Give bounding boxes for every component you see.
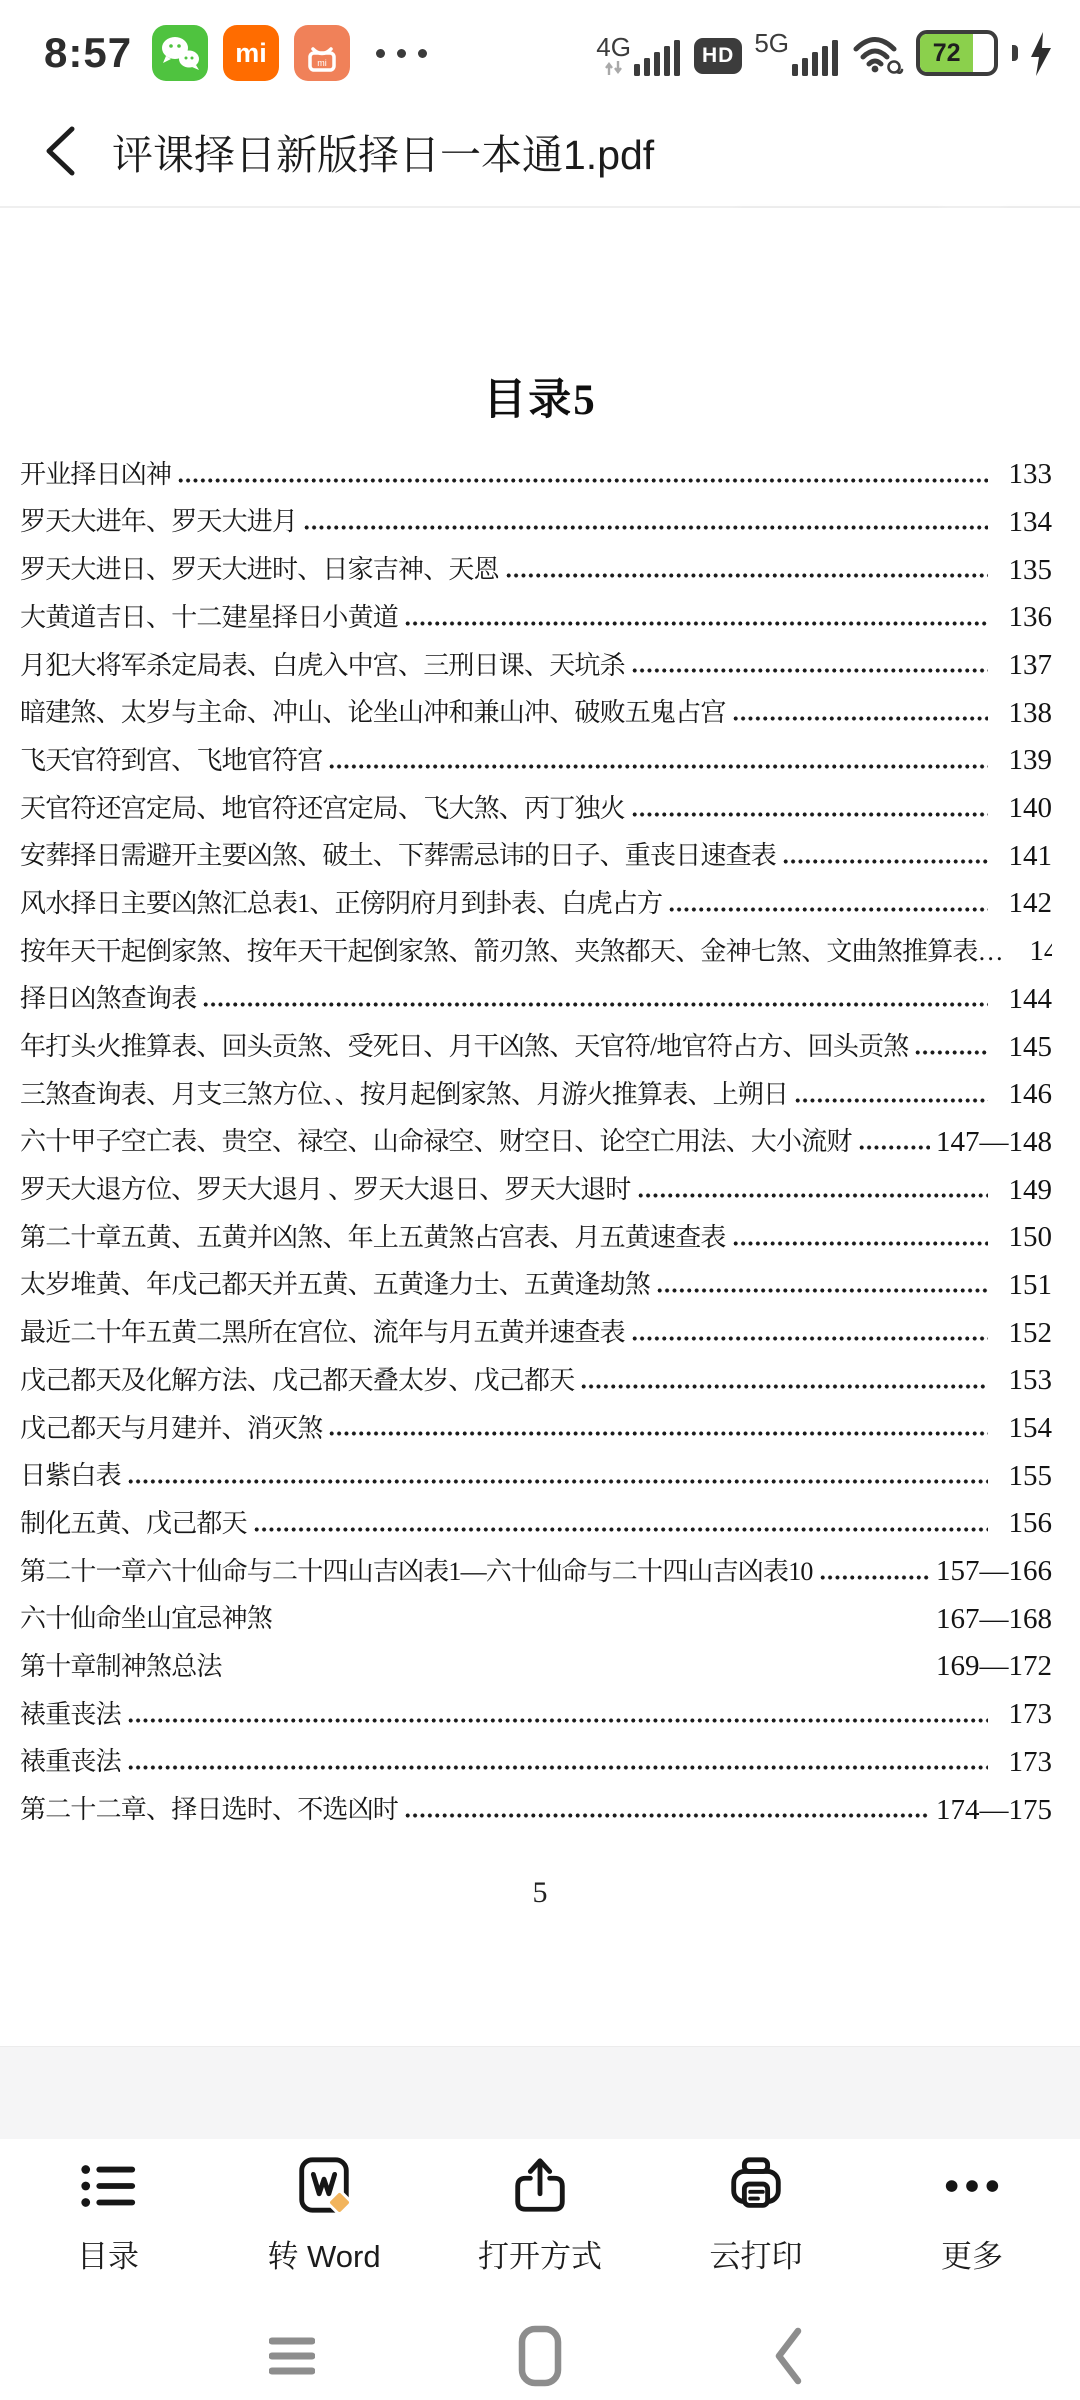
toc-entry-page: 142: [994, 888, 1052, 918]
toc-entry-page: 133: [994, 459, 1052, 489]
toc-entry: 大黄道吉日、十二建星择日小黄道136: [20, 585, 1052, 633]
toc-entry: 择日凶煞查询表144: [20, 967, 1052, 1015]
toc-entry: 第二十二章、择日选时、不选凶时174—175: [20, 1777, 1052, 1825]
list-icon: [77, 2155, 139, 2217]
toc-entry-page: 151: [994, 1270, 1052, 1300]
toc-dot-leader: [819, 1573, 930, 1582]
toc-dot-leader: [505, 571, 988, 580]
toc-entry-page: 156: [994, 1508, 1052, 1538]
toc-dot-leader: [668, 905, 988, 914]
toc-entry-title: 日紫白表: [20, 1461, 121, 1491]
word-doc-icon: [293, 2155, 355, 2217]
toc-entry: 月犯大将军杀定局表、白虎入中宫、三刑日课、天坑杀137: [20, 633, 1052, 681]
toc-entry-title: 三煞查询表、月支三煞方位、、按月起倒家煞、月游火推算表、上朔日: [20, 1080, 788, 1110]
clock: 8:57: [44, 29, 132, 77]
toc-entry: 罗天大退方位、罗天大退月 、罗天大退日、罗天大退时149: [20, 1157, 1052, 1205]
toc-entry-title: 裱重丧法: [20, 1700, 121, 1730]
toolbar-item-convert-word[interactable]: 转 Word: [216, 2139, 432, 2312]
signal-5g: 5G: [754, 30, 840, 76]
toc-dot-leader: [303, 523, 988, 532]
toc-entry: 开业择日凶神133: [20, 442, 1052, 490]
toc-entry-title: 第二十二章、择日选时、不选凶时: [20, 1795, 398, 1825]
toc-dot-leader: [631, 666, 988, 675]
toc-entry-page: 138: [994, 698, 1052, 728]
toc-entry-page: 141: [994, 841, 1052, 871]
toc-entry: 六十仙命坐山宜忌神煞167—168: [20, 1587, 1052, 1635]
phone-screen: 8:57 mi mi: [0, 0, 1080, 2400]
toc-entry-page: 140: [994, 793, 1052, 823]
toc-entry-title: 月犯大将军杀定局表、白虎入中宫、三刑日课、天坑杀: [20, 651, 625, 681]
toc-entry-page: 167—168: [936, 1604, 1052, 1634]
toc-entry-page: 143: [1015, 936, 1052, 966]
toc-dot-leader: [631, 1334, 988, 1343]
toc-list: 开业择日凶神133罗天大进年、罗天大进月134罗天大进日、罗天大进时、日家吉神、…: [20, 442, 1052, 1825]
toc-entry-title: 天官符还宫定局、地官符还宫定局、飞大煞、丙丁独火: [20, 794, 625, 824]
toc-dot-leader: [631, 810, 988, 819]
toc-dot-leader: [278, 1620, 930, 1629]
toolbar-item-open-with[interactable]: 打开方式: [432, 2139, 648, 2312]
toc-entry: 最近二十年五黄二黑所在宫位、流年与月五黄并速查表152: [20, 1300, 1052, 1348]
toc-dot-leader: [656, 1286, 988, 1295]
toc-entry-title: 暗建煞、太岁与主命、冲山、论坐山冲和兼山冲、破败五鬼占宫: [20, 698, 726, 728]
bottom-toolbar: 目录 转 Word 打开方式: [0, 2139, 1080, 2312]
nav-menu-button[interactable]: [268, 2323, 316, 2389]
battery-nub: [1012, 45, 1018, 61]
toc-entry: 日紫白表155: [20, 1443, 1052, 1491]
toc-dot-leader: [328, 762, 988, 771]
toc-entry-page: 147—148: [936, 1127, 1052, 1157]
toc-entry: 裱重丧法173: [20, 1682, 1052, 1730]
toc-entry-title: 罗天大退方位、罗天大退月 、罗天大退日、罗天大退时: [20, 1175, 631, 1205]
toc-entry: 安葬择日需避开主要凶煞、破土、下葬需忌讳的日子、重丧日速查表141: [20, 824, 1052, 872]
toc-entry-page: 173: [994, 1747, 1052, 1777]
toc-dot-leader: [794, 1096, 988, 1105]
toc-dot-leader: [782, 857, 988, 866]
title-bar: 评课择日新版择日一本通1.pdf: [0, 96, 1080, 206]
toc-entry-page: 134: [994, 507, 1052, 537]
toc-entry-title: 罗天大进日、罗天大进时、日家吉神、天恩: [20, 555, 499, 585]
toc-entry: 第二十一章六十仙命与二十四山吉凶表1—六十仙命与二十四山吉凶表10157—166: [20, 1539, 1052, 1587]
page-background-gap: [0, 2046, 1080, 2140]
toc-dot-leader: [328, 1429, 988, 1438]
toc-dot-leader: [127, 1477, 988, 1486]
printer-icon: [725, 2155, 787, 2217]
notification-icons: mi mi: [152, 25, 350, 81]
toc-entry-page: 169—172: [936, 1651, 1052, 1681]
toc-dot-leader: [127, 1763, 988, 1772]
toc-entry-title: 按年天干起倒家煞、按年天干起倒家煞、箭刃煞、夹煞都天、金神七煞、文曲煞推算表…: [20, 937, 1003, 967]
toc-dot-leader: [732, 714, 988, 723]
toc-entry-title: 风水择日主要凶煞汇总表1、正傍阴府月到卦表、白虎占方: [20, 889, 662, 919]
net-5g-label: 5G: [754, 30, 789, 56]
toc-entry-page: 150: [994, 1222, 1052, 1252]
menu-icon: [269, 2333, 315, 2379]
toolbar-label: 云打印: [710, 2231, 803, 2276]
signal-4g: 4G: [596, 34, 682, 76]
toc-dot-leader: [732, 1239, 988, 1248]
toc-entry-page: 139: [994, 745, 1052, 775]
toc-entry: 第二十章五黄、五黄并凶煞、年上五黄煞占宫表、月五黄速查表150: [20, 1205, 1052, 1253]
toc-entry-page: 154: [994, 1413, 1052, 1443]
status-bar: 8:57 mi mi: [0, 0, 1080, 96]
toc-entry: 制化五黄、戊己都天156: [20, 1491, 1052, 1539]
toc-dot-leader: [858, 1143, 930, 1152]
toolbar-item-more[interactable]: 更多: [864, 2139, 1080, 2312]
toc-entry: 六十甲子空亡表、贵空、禄空、山命禄空、财空日、论空亡用法、大小流财147—148: [20, 1110, 1052, 1158]
toc-entry-title: 择日凶煞查询表: [20, 984, 196, 1014]
toc-entry: 太岁堆黄、年戊己都天并五黄、五黄逢力士、五黄逢劫煞151: [20, 1253, 1052, 1301]
toc-entry-title: 戊己都天与月建并、消灭煞: [20, 1414, 322, 1444]
toc-entry: 三煞查询表、月支三煞方位、、按月起倒家煞、月游火推算表、上朔日146: [20, 1062, 1052, 1110]
toc-dot-leader: [404, 1811, 930, 1820]
toc-entry-page: 149: [994, 1175, 1052, 1205]
hd-badge: HD: [694, 38, 742, 74]
toolbar-label: 转 Word: [267, 2231, 380, 2276]
mi-icon: mi: [223, 25, 279, 81]
system-navbar: [0, 2312, 1080, 2400]
toc-dot-leader: [202, 1000, 988, 1009]
back-button[interactable]: [38, 123, 82, 179]
pdf-page-canvas[interactable]: 目录5 开业择日凶神133罗天大进年、罗天大进月134罗天大进日、罗天大进时、日…: [0, 208, 1080, 2046]
toc-entry-title: 太岁堆黄、年戊己都天并五黄、五黄逢力士、五黄逢劫煞: [20, 1270, 650, 1300]
charging-bolt-icon: [1030, 32, 1052, 76]
toc-entry-title: 第二十一章六十仙命与二十四山吉凶表1—六十仙命与二十四山吉凶表10: [20, 1557, 813, 1587]
document-title: 评课择日新版择日一本通1.pdf: [112, 122, 654, 181]
toc-entry-page: 153: [994, 1365, 1052, 1395]
toc-entry-page: 144: [994, 984, 1052, 1014]
toolbar-item-cloud-print[interactable]: 云打印: [648, 2139, 864, 2312]
toc-entry-title: 年打头火推算表、回头贡煞、受死日、月干凶煞、天官符/地官符占方、回头贡煞: [20, 1032, 908, 1062]
toc-dot-leader: [228, 1668, 930, 1677]
toc-entry-title: 开业择日凶神: [20, 460, 171, 490]
toc-dot-leader: [253, 1525, 988, 1534]
battery-percent: 72: [933, 39, 961, 68]
toc-entry: 天官符还宫定局、地官符还宫定局、飞大煞、丙丁独火140: [20, 776, 1052, 824]
toc-entry-page: 137: [994, 650, 1052, 680]
toc-entry-page: 155: [994, 1461, 1052, 1491]
wechat-icon: [152, 25, 208, 81]
toc-entry-page: 152: [994, 1318, 1052, 1348]
toc-entry-page: 173: [994, 1699, 1052, 1729]
nav-home-button[interactable]: [516, 2323, 564, 2389]
toc-entry: 罗天大进日、罗天大进时、日家吉神、天恩135: [20, 537, 1052, 585]
toc-dot-leader: [127, 1716, 988, 1725]
net-4g-label: 4G: [596, 34, 631, 60]
toolbar-label: 目录: [77, 2231, 139, 2276]
toc-dot-leader: [914, 1048, 988, 1057]
toc-heading: 目录5: [0, 366, 1080, 427]
toc-entry-page: 135: [994, 555, 1052, 585]
battery-indicator: 72: [916, 30, 998, 76]
toc-entry-page: 174—175: [936, 1795, 1052, 1825]
toc-entry: 戊己都天及化解方法、戊己都天叠太岁、戊己都天153: [20, 1348, 1052, 1396]
toc-entry: 暗建煞、太岁与主命、冲山、论坐山冲和兼山冲、破败五鬼占宫138: [20, 680, 1052, 728]
toc-dot-leader: [637, 1191, 988, 1200]
toc-entry-title: 飞天官符到宫、飞地官符宫: [20, 746, 322, 776]
toc-entry-title: 制化五黄、戊己都天: [20, 1509, 247, 1539]
data-arrows-icon: [604, 60, 624, 76]
toc-entry-title: 安葬择日需避开主要凶煞、破土、下葬需忌讳的日子、重丧日速查表: [20, 841, 776, 871]
toc-entry: 戊己都天与月建并、消灭煞154: [20, 1396, 1052, 1444]
mi-logo-text: mi: [235, 38, 267, 69]
toc-entry-title: 裱重丧法: [20, 1747, 121, 1777]
toc-entry-title: 最近二十年五黄二黑所在宫位、流年与月五黄并速查表: [20, 1318, 625, 1348]
page-number: 5: [0, 1876, 1080, 1910]
status-more-dots-icon: [376, 49, 427, 58]
back-chevron-icon: [773, 2325, 803, 2387]
toc-entry-page: 145: [994, 1032, 1052, 1062]
signal-bars-icon: [634, 36, 682, 76]
nav-back-button[interactable]: [764, 2323, 812, 2389]
toc-entry: 裱重丧法173: [20, 1730, 1052, 1778]
more-dots-icon: [941, 2155, 1003, 2217]
toc-entry: 年打头火推算表、回头贡煞、受死日、月干凶煞、天官符/地官符占方、回头贡煞145: [20, 1014, 1052, 1062]
toc-entry: 风水择日主要凶煞汇总表1、正傍阴府月到卦表、白虎占方142: [20, 871, 1052, 919]
mi-store-icon: mi: [294, 25, 350, 81]
wifi-icon: [852, 32, 904, 76]
toc-dot-leader: [580, 1382, 988, 1391]
toc-entry-page: 136: [994, 602, 1052, 632]
signal-bars-icon: [792, 36, 840, 76]
toc-entry-page: 157—166: [936, 1556, 1052, 1586]
toc-entry-title: 大黄道吉日、十二建星择日小黄道: [20, 603, 398, 633]
toc-entry-page: 146: [994, 1079, 1052, 1109]
toc-dot-leader: [177, 476, 988, 485]
toc-entry-title: 戊己都天及化解方法、戊己都天叠太岁、戊己都天: [20, 1366, 574, 1396]
toc-entry-title: 第二十章五黄、五黄并凶煞、年上五黄煞占宫表、月五黄速查表: [20, 1223, 726, 1253]
toc-entry: 罗天大进年、罗天大进月134: [20, 490, 1052, 538]
toc-entry-title: 第十章制神煞总法: [20, 1652, 222, 1682]
toc-entry: 按年天干起倒家煞、按年天干起倒家煞、箭刃煞、夹煞都天、金神七煞、文曲煞推算表…1…: [20, 919, 1052, 967]
toc-entry: 第十章制神煞总法169—172: [20, 1634, 1052, 1682]
svg-text:mi: mi: [317, 58, 327, 68]
toc-entry: 飞天官符到宫、飞地官符宫139: [20, 728, 1052, 776]
home-icon: [518, 2325, 562, 2387]
toolbar-label: 更多: [941, 2231, 1003, 2276]
toolbar-item-contents[interactable]: 目录: [0, 2139, 216, 2312]
toolbar-label: 打开方式: [478, 2231, 602, 2276]
toc-entry-title: 六十仙命坐山宜忌神煞: [20, 1604, 272, 1634]
toc-entry-title: 罗天大进年、罗天大进月: [20, 507, 297, 537]
toc-entry-title: 六十甲子空亡表、贵空、禄空、山命禄空、财空日、论空亡用法、大小流财: [20, 1127, 852, 1157]
status-right-cluster: 4G HD 5G: [596, 30, 1052, 76]
share-open-icon: [509, 2155, 571, 2217]
toc-dot-leader: [404, 619, 988, 628]
